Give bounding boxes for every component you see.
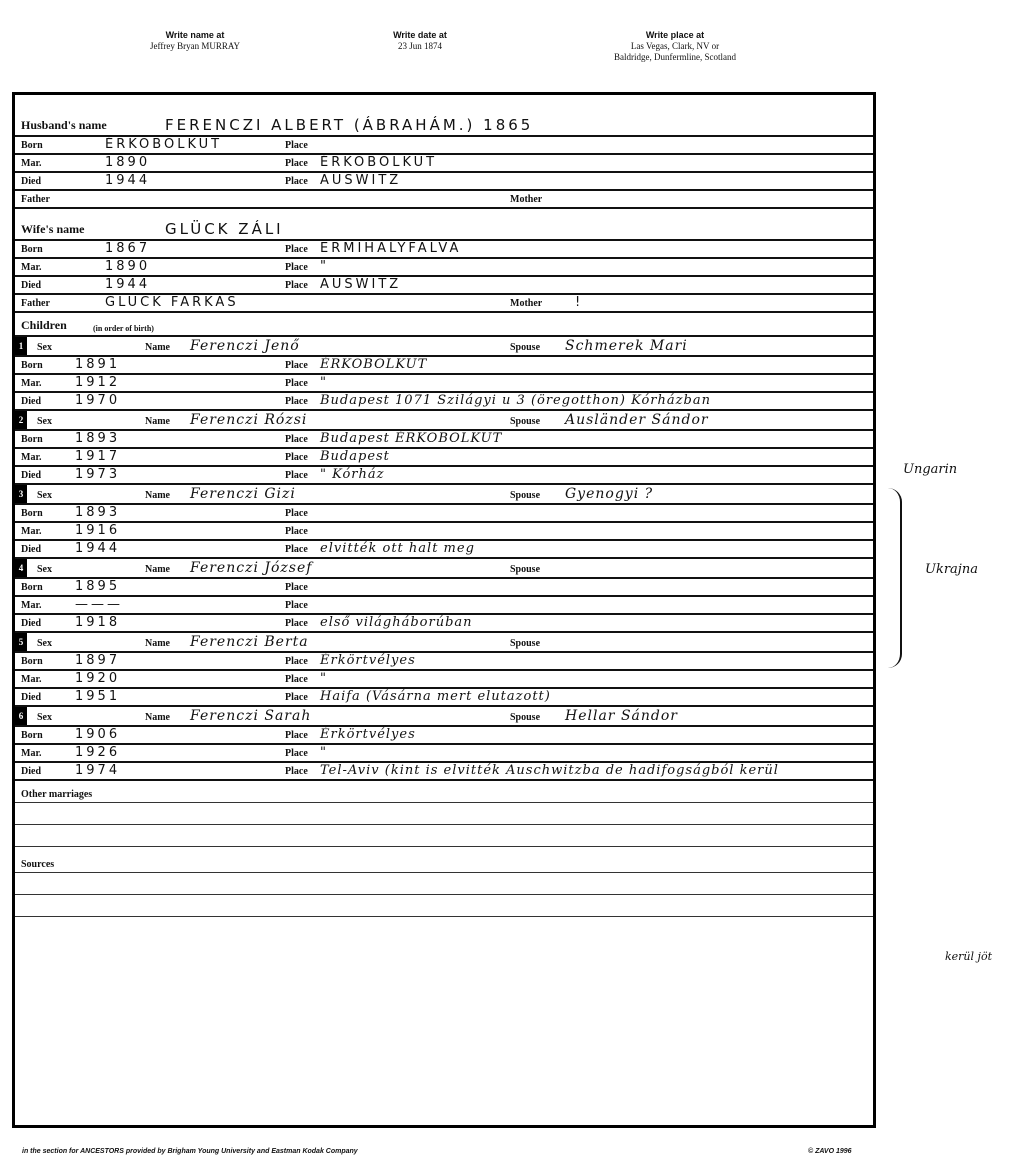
child-sex-label: Sex — [37, 564, 52, 575]
husband-name-label: Husband's name — [21, 118, 107, 133]
child-name-label: Name — [145, 564, 170, 575]
margin-note-continuation: kerül jöt — [945, 950, 1005, 963]
child-2-died-row: Died1973Place" Kórház — [15, 467, 873, 485]
husband-mar-label: Mar. — [21, 158, 41, 169]
child-number-badge: 5 — [15, 633, 27, 651]
child-name-label: Name — [145, 416, 170, 427]
child-died-field[interactable]: 1973 — [75, 467, 120, 482]
husband-mar-place-label: Place — [285, 158, 308, 169]
child-number-badge: 1 — [15, 337, 27, 355]
child-name-field[interactable]: Ferenczi Gizi — [190, 486, 296, 502]
child-number-badge: 3 — [15, 485, 27, 503]
child-mar-place-label: Place — [285, 452, 308, 463]
child-mar-place-field[interactable]: Budapest — [320, 449, 390, 464]
child-name-label: Name — [145, 490, 170, 501]
children-note: (in order of birth) — [93, 324, 154, 333]
footer-credit: in the section for ANCESTORS provided by… — [22, 1148, 358, 1155]
child-born-field[interactable]: 1906 — [75, 727, 120, 742]
wife-mar-place-field[interactable]: " — [320, 259, 329, 274]
child-name-field[interactable]: Ferenczi Berta — [190, 634, 309, 650]
sources-label: Sources — [21, 859, 54, 870]
child-mar-place-field[interactable]: " — [320, 375, 327, 390]
child-6-born-row: Born1906PlaceÉrkörtvélyes — [15, 727, 873, 745]
child-spouse-field[interactable]: Schmerek Mari — [565, 338, 688, 354]
wife-died-row: Died1944PlaceAUSWITZ — [15, 277, 873, 295]
brace-bracket — [884, 488, 902, 668]
husband-born-row: BornÉRKÖBÖLKUTPlace — [15, 137, 873, 155]
child-died-field[interactable]: 1951 — [75, 689, 120, 704]
child-name-label: Name — [145, 638, 170, 649]
husband-born-place-label: Place — [285, 140, 308, 151]
child-died-label: Died — [21, 766, 41, 777]
child-died-label: Died — [21, 544, 41, 555]
child-spouse-label: Spouse — [510, 638, 540, 649]
child-mar-field[interactable]: ——— — [75, 597, 123, 612]
child-born-field[interactable]: 1893 — [75, 505, 120, 520]
footer-copyright: © ZAVO 1996 — [808, 1148, 852, 1155]
wife-mar-row: Mar.1890Place" — [15, 259, 873, 277]
child-born-place-field[interactable]: ÉRKÖBÖLKUT — [320, 357, 427, 372]
child-born-place-field[interactable]: Érkörtvélyes — [320, 727, 416, 742]
child-died-place-field[interactable]: Budapest 1071 Szilágyi u 3 (öregotthon) … — [320, 393, 711, 408]
child-died-place-field[interactable]: Tel-Aviv (kint is elvitték Auschwitzba d… — [320, 763, 779, 778]
child-5-mar-row: Mar.1920Place" — [15, 671, 873, 689]
child-spouse-field[interactable]: Hellar Sándor — [565, 708, 678, 724]
other-marriages-label: Other marriages — [21, 789, 92, 800]
wife-died-place-field[interactable]: AUSWITZ — [320, 277, 401, 292]
child-born-field[interactable]: 1893 — [75, 431, 120, 446]
child-born-label: Born — [21, 582, 43, 593]
husband-died-row: Died1944PlaceAUSWITZ — [15, 173, 873, 191]
child-mar-place-label: Place — [285, 674, 308, 685]
child-died-place-field[interactable]: " Kórház — [320, 467, 385, 482]
child-died-field[interactable]: 1974 — [75, 763, 120, 778]
child-spouse-label: Spouse — [510, 342, 540, 353]
husband-born-field[interactable]: ÉRKÖBÖLKUT — [105, 137, 222, 152]
child-mar-label: Mar. — [21, 748, 41, 759]
child-number-badge: 4 — [15, 559, 27, 577]
wife-name-row: Wife's nameGLÜCK ZÁLI — [15, 213, 873, 241]
child-spouse-field[interactable]: Ausländer Sándor — [565, 412, 709, 428]
other-marriages-row: Other marriages — [15, 781, 873, 803]
wife-born-place-field[interactable]: ERMIHALYFALVA — [320, 241, 461, 256]
husband-parents-row: FatherMother — [15, 191, 873, 209]
husband-mar-row: Mar.1890PlaceÉRKÖBÖLKUT — [15, 155, 873, 173]
child-born-place-label: Place — [285, 582, 308, 593]
sources-line-1 — [15, 873, 873, 895]
margin-note-ungarin: Ungarin — [903, 462, 957, 477]
child-3-header-row: 3SexNameFerenczi GiziSpouseGyenogyi ? — [15, 485, 873, 505]
child-6-died-row: Died1974PlaceTel-Aviv (kint is elvitték … — [15, 763, 873, 781]
child-mar-field[interactable]: 1917 — [75, 449, 120, 464]
child-mar-place-label: Place — [285, 600, 308, 611]
child-5-header-row: 5SexNameFerenczi BertaSpouse — [15, 633, 873, 653]
header-date: Write date at 23 Jun 1874 — [360, 30, 480, 52]
header-name: Write name at Jeffrey Bryan MURRAY — [130, 30, 260, 52]
child-mar-field[interactable]: 1916 — [75, 523, 120, 538]
child-born-place-label: Place — [285, 508, 308, 519]
husband-died-place-field[interactable]: AUSWITZ — [320, 173, 401, 188]
other-marriages-line-2 — [15, 825, 873, 847]
wife-born-place-label: Place — [285, 244, 308, 255]
child-2-mar-row: Mar.1917PlaceBudapest — [15, 449, 873, 467]
child-4-header-row: 4SexNameFerenczi JózsefSpouse — [15, 559, 873, 579]
wife-father-field[interactable]: GLÜCK FARKAS — [105, 295, 239, 310]
child-name-field[interactable]: Ferenczi Rózsi — [190, 412, 307, 428]
child-died-place-label: Place — [285, 766, 308, 777]
child-born-place-label: Place — [285, 656, 308, 667]
child-born-label: Born — [21, 508, 43, 519]
child-name-field[interactable]: Ferenczi József — [190, 560, 312, 576]
child-number-badge: 6 — [15, 707, 27, 725]
child-name-field[interactable]: Ferenczi Jenő — [190, 338, 300, 354]
child-5-born-row: Born1897PlaceÉrkörtvélyes — [15, 653, 873, 671]
husband-mother-label: Mother — [510, 194, 542, 205]
wife-mar-label: Mar. — [21, 262, 41, 273]
child-born-label: Born — [21, 656, 43, 667]
child-spouse-label: Spouse — [510, 712, 540, 723]
child-1-born-row: Born1891PlaceÉRKÖBÖLKUT — [15, 357, 873, 375]
child-mar-place-label: Place — [285, 378, 308, 389]
child-4-mar-row: Mar.———Place — [15, 597, 873, 615]
wife-parents-row: FatherGLÜCK FARKASMother! — [15, 295, 873, 313]
child-mar-label: Mar. — [21, 526, 41, 537]
child-4-born-row: Born1895Place — [15, 579, 873, 597]
wife-name-field[interactable]: GLÜCK ZÁLI — [165, 220, 284, 238]
wife-died-field[interactable]: 1944 — [105, 277, 150, 292]
husband-died-label: Died — [21, 176, 41, 187]
child-spouse-label: Spouse — [510, 416, 540, 427]
wife-name-label: Wife's name — [21, 222, 84, 237]
other-marriages-line-1 — [15, 803, 873, 825]
child-sex-label: Sex — [37, 712, 52, 723]
wife-died-label: Died — [21, 280, 41, 291]
husband-name-row: Husband's nameFERENCZI ALBERT (ÁBRAHÁM.)… — [15, 109, 873, 137]
child-mar-place-field[interactable]: " — [320, 745, 327, 760]
child-3-born-row: Born1893Place — [15, 505, 873, 523]
child-name-field[interactable]: Ferenczi Sarah — [190, 708, 311, 724]
margin-note-brace: Ukrajna — [925, 562, 978, 577]
child-died-field[interactable]: 1918 — [75, 615, 120, 630]
wife-mother-label: Mother — [510, 298, 542, 309]
child-died-label: Died — [21, 470, 41, 481]
child-2-header-row: 2SexNameFerenczi RózsiSpouseAusländer Sá… — [15, 411, 873, 431]
sources-row: Sources — [15, 847, 873, 873]
child-born-label: Born — [21, 360, 43, 371]
child-died-place-label: Place — [285, 618, 308, 629]
child-died-field[interactable]: 1970 — [75, 393, 120, 408]
child-died-place-label: Place — [285, 544, 308, 555]
header-place: Write place at Las Vegas, Clark, NV or B… — [575, 30, 775, 63]
header-place-value-1: Las Vegas, Clark, NV or — [575, 41, 775, 52]
child-1-header-row: 1SexNameFerenczi JenőSpouseSchmerek Mari — [15, 337, 873, 357]
family-group-record: Husband's nameFERENCZI ALBERT (ÁBRAHÁM.)… — [12, 92, 876, 1128]
child-6-mar-row: Mar.1926Place" — [15, 745, 873, 763]
child-died-label: Died — [21, 692, 41, 703]
children-label: Children — [21, 318, 67, 333]
header-date-value: 23 Jun 1874 — [360, 41, 480, 52]
child-sex-label: Sex — [37, 416, 52, 427]
child-died-place-label: Place — [285, 396, 308, 407]
child-mar-field[interactable]: 1912 — [75, 375, 120, 390]
header-name-label: Write name at — [130, 30, 260, 41]
child-born-label: Born — [21, 730, 43, 741]
child-born-field[interactable]: 1891 — [75, 357, 120, 372]
child-6-header-row: 6SexNameFerenczi SarahSpouseHellar Sándo… — [15, 707, 873, 727]
child-1-died-row: Died1970PlaceBudapest 1071 Szilágyi u 3 … — [15, 393, 873, 411]
child-mar-label: Mar. — [21, 674, 41, 685]
child-name-label: Name — [145, 712, 170, 723]
husband-mar-place-field[interactable]: ÉRKÖBÖLKUT — [320, 155, 437, 170]
child-died-label: Died — [21, 396, 41, 407]
child-born-place-field[interactable]: Érkörtvélyes — [320, 653, 416, 668]
child-spouse-label: Spouse — [510, 490, 540, 501]
child-died-place-field[interactable]: első világháborúban — [320, 615, 473, 630]
child-mar-label: Mar. — [21, 378, 41, 389]
child-died-label: Died — [21, 618, 41, 629]
wife-born-field[interactable]: 1867 — [105, 241, 150, 256]
child-mar-place-label: Place — [285, 526, 308, 537]
child-5-died-row: Died1951PlaceHaifa (Vásárna mert elutazo… — [15, 689, 873, 707]
child-sex-label: Sex — [37, 638, 52, 649]
child-born-place-label: Place — [285, 434, 308, 445]
child-sex-label: Sex — [37, 342, 52, 353]
child-born-place-label: Place — [285, 730, 308, 741]
child-spouse-label: Spouse — [510, 564, 540, 575]
child-3-died-row: Died1944Placeelvitték ott halt meg — [15, 541, 873, 559]
child-born-field[interactable]: 1895 — [75, 579, 120, 594]
wife-born-row: Born1867PlaceERMIHALYFALVA — [15, 241, 873, 259]
child-died-place-field[interactable]: Haifa (Vásárna mert elutazott) — [320, 689, 551, 704]
header-place-label: Write place at — [575, 30, 775, 41]
child-name-label: Name — [145, 342, 170, 353]
children-header-row: Children(in order of birth) — [15, 313, 873, 337]
child-sex-label: Sex — [37, 490, 52, 501]
child-died-field[interactable]: 1944 — [75, 541, 120, 556]
child-number-badge: 2 — [15, 411, 27, 429]
header-place-value-2: Baldridge, Dunfermline, Scotland — [575, 52, 775, 63]
wife-mar-place-label: Place — [285, 262, 308, 273]
husband-name-field[interactable]: FERENCZI ALBERT (ÁBRAHÁM.) 1865 — [165, 116, 533, 134]
child-mar-label: Mar. — [21, 452, 41, 463]
wife-died-place-label: Place — [285, 280, 308, 291]
child-3-mar-row: Mar.1916Place — [15, 523, 873, 541]
child-spouse-field[interactable]: Gyenogyi ? — [565, 486, 653, 502]
child-2-born-row: Born1893PlaceBudapest ÉRKÖBÖLKUT — [15, 431, 873, 449]
child-died-place-label: Place — [285, 692, 308, 703]
child-born-field[interactable]: 1897 — [75, 653, 120, 668]
child-died-place-field[interactable]: elvitték ott halt meg — [320, 541, 475, 556]
husband-died-field[interactable]: 1944 — [105, 173, 150, 188]
child-born-place-label: Place — [285, 360, 308, 371]
child-mar-place-label: Place — [285, 748, 308, 759]
husband-mar-field[interactable]: 1890 — [105, 155, 150, 170]
wife-father-label: Father — [21, 298, 50, 309]
husband-born-label: Born — [21, 140, 43, 151]
child-died-place-label: Place — [285, 470, 308, 481]
child-mar-label: Mar. — [21, 600, 41, 611]
wife-mother-field[interactable]: ! — [575, 295, 583, 310]
husband-died-place-label: Place — [285, 176, 308, 187]
husband-father-label: Father — [21, 194, 50, 205]
wife-born-label: Born — [21, 244, 43, 255]
sources-line-2 — [15, 895, 873, 917]
header-date-label: Write date at — [360, 30, 480, 41]
child-born-label: Born — [21, 434, 43, 445]
header-name-value: Jeffrey Bryan MURRAY — [130, 41, 260, 52]
wife-mar-field[interactable]: 1890 — [105, 259, 150, 274]
child-mar-place-field[interactable]: " — [320, 671, 327, 686]
child-1-mar-row: Mar.1912Place" — [15, 375, 873, 393]
child-4-died-row: Died1918Placeelső világháborúban — [15, 615, 873, 633]
child-mar-field[interactable]: 1920 — [75, 671, 120, 686]
child-mar-field[interactable]: 1926 — [75, 745, 120, 760]
child-born-place-field[interactable]: Budapest ÉRKÖBÖLKUT — [320, 431, 502, 446]
